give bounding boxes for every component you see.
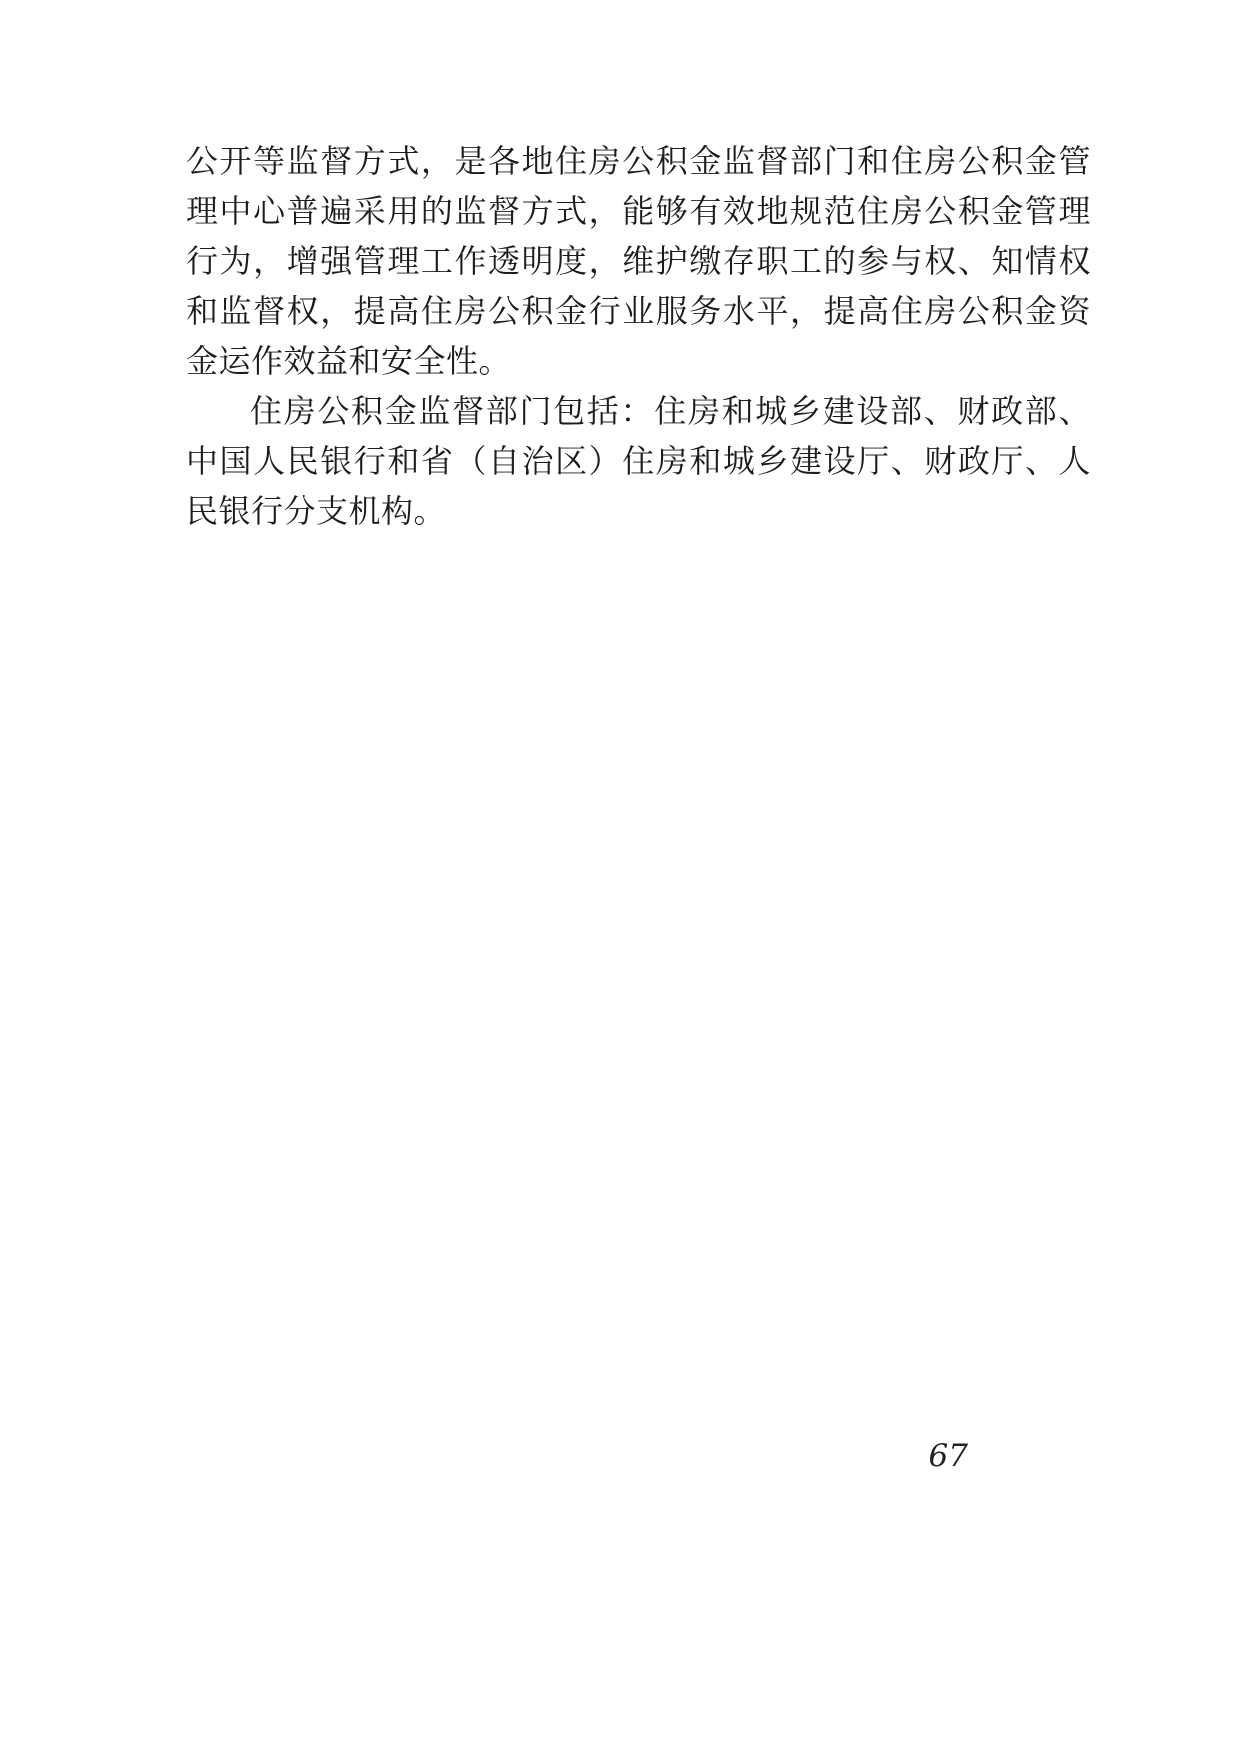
body-text: 公开等监督方式，是各地住房公积金监督部门和住房公积金管理中心普遍采用的监督方式，… bbox=[186, 136, 1091, 536]
paragraph-supervision-departments: 住房公积金监督部门包括：住房和城乡建设部、财政部、中国人民银行和省（自治区）住房… bbox=[186, 386, 1091, 536]
document-page: 公开等监督方式，是各地住房公积金监督部门和住房公积金管理中心普遍采用的监督方式，… bbox=[0, 0, 1240, 1738]
page-number: 67 bbox=[929, 1438, 968, 1474]
paragraph-supervision-methods: 公开等监督方式，是各地住房公积金监督部门和住房公积金管理中心普遍采用的监督方式，… bbox=[186, 136, 1091, 386]
